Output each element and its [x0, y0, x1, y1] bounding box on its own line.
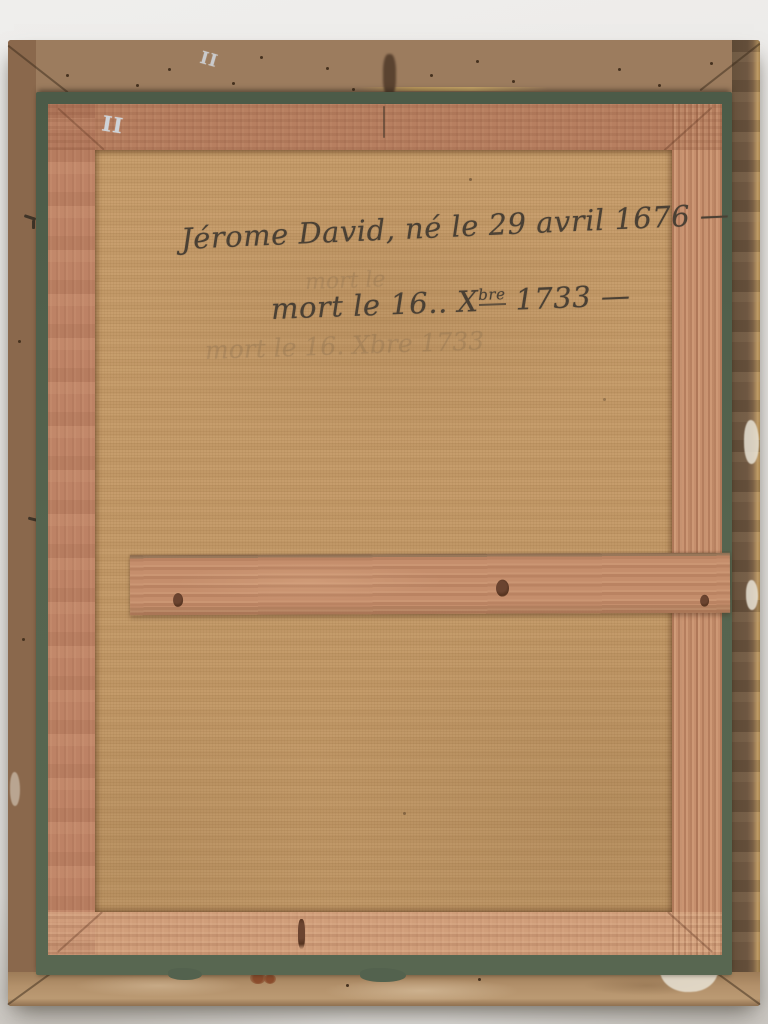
worm-hole: [478, 978, 481, 981]
frame-right-rail: [732, 40, 760, 1006]
rust-stain: [264, 974, 276, 984]
paint-patch: [10, 772, 20, 806]
liner-paint-blob: [360, 968, 406, 982]
wood-knot: [700, 595, 709, 607]
ghost-inscription: mort le 16. Xbre 1733: [204, 326, 484, 365]
worm-hole: [168, 68, 171, 71]
inscription-superscript: bre: [478, 285, 506, 306]
canvas-speck: [403, 812, 406, 815]
worm-hole: [710, 62, 713, 65]
worm-hole: [66, 74, 69, 77]
worm-hole: [22, 638, 25, 641]
frame-left-rail: [8, 40, 36, 1006]
paint-patch: [744, 420, 759, 464]
worm-hole: [136, 84, 139, 87]
bent-nail: [32, 220, 35, 229]
stretcher-left-bar: [48, 104, 95, 955]
worm-hole: [512, 80, 515, 83]
worm-hole: [658, 84, 661, 87]
paint-patch: [746, 580, 758, 610]
photo-wall-background: II Jérome David, né le 29 avril 1676 — m…: [0, 0, 768, 1024]
stretcher-numeral-mark: II: [100, 110, 125, 138]
worm-hole: [430, 74, 433, 77]
inscription-line-2-text: mort le 16.. X: [270, 284, 479, 326]
stretcher-frame: Jérome David, né le 29 avril 1676 — mort…: [48, 104, 722, 955]
worm-hole: [618, 68, 621, 71]
wood-knot: [298, 919, 305, 949]
wood-crack: [383, 106, 385, 138]
canvas-speck: [603, 398, 606, 401]
worm-hole: [476, 60, 479, 63]
canvas-back: Jérome David, né le 29 avril 1676 — mort…: [95, 150, 672, 912]
picture-frame-back: II Jérome David, né le 29 avril 1676 — m…: [8, 40, 760, 1006]
wood-knot: [496, 580, 509, 597]
stretcher-top-bar: [48, 104, 722, 150]
worm-hole: [18, 340, 21, 343]
worm-hole: [326, 67, 329, 70]
worm-hole: [232, 82, 235, 85]
wood-knot: [173, 593, 183, 607]
wood-knot-stain: [383, 54, 396, 96]
worm-hole: [352, 88, 355, 91]
inscription-line-2-end: 1733 —: [505, 278, 631, 317]
worm-hole: [260, 56, 263, 59]
canvas-speck: [469, 178, 472, 181]
cross-brace: [130, 553, 730, 616]
stretcher-bottom-bar: [48, 912, 722, 955]
inscription-line-1: Jérome David, né le 29 avril 1676 —: [180, 197, 730, 256]
liner-paint-blob: [168, 968, 202, 980]
worm-hole: [346, 984, 349, 987]
